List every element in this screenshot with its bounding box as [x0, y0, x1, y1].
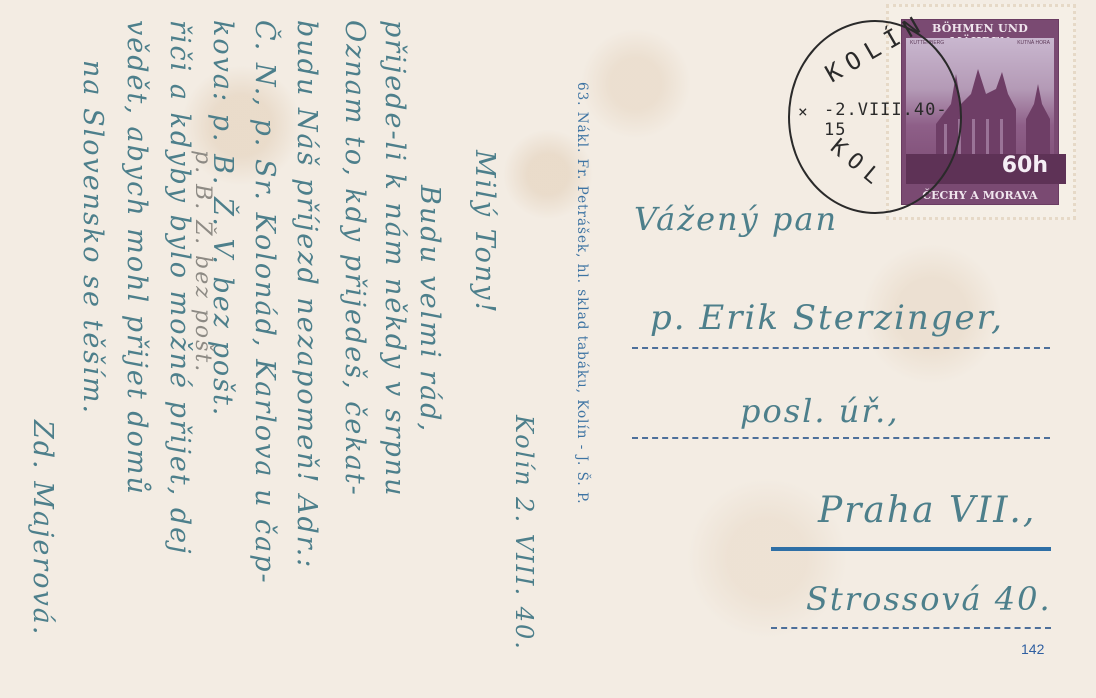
- message-date-line: Kolín 2. VIII. 40.: [510, 415, 538, 651]
- message-line: Oznam to, kdy přijedeš, čekat-: [339, 20, 370, 497]
- address-rule: [632, 347, 1050, 349]
- card-number: 142: [1021, 641, 1044, 657]
- address-line2: posl. úř.,: [740, 392, 899, 430]
- address-street: Strossová 40.: [806, 580, 1052, 618]
- postmark-star: ×: [798, 102, 808, 121]
- address-name: p. Erik Sterzinger,: [650, 298, 1004, 338]
- message-line: Č. N., p. Sr. Kolonád, Karlova u čap-: [249, 20, 280, 585]
- address-city-underline: [771, 547, 1051, 551]
- message-line: na Slovensko se těším.: [77, 60, 108, 415]
- stamp-value: 60h: [1002, 153, 1048, 178]
- address-salutation: Vážený pan: [634, 200, 838, 238]
- postmark: KOLÍN × -2.VIII.40-15 KOL: [788, 20, 962, 214]
- message-greeting: Milý Tony!: [469, 150, 500, 314]
- message-closing: Zd. Majerová.: [27, 420, 58, 636]
- postcard-back: Milý Tony! Kolín 2. VIII. 40. Budu velmi…: [0, 0, 1096, 698]
- address-rule: [632, 437, 1050, 439]
- message-line: Budu velmi rád,: [414, 185, 445, 433]
- message-line: řiči a kdyby bylo možné přijet, dej: [164, 20, 195, 555]
- address-city: Praha VII.,: [818, 490, 1036, 531]
- postmark-date: -2.VIII.40-15: [824, 100, 960, 140]
- publisher-line: 63. Nákl. Fr. Petrášek, hl. sklad tabáku…: [574, 82, 590, 505]
- postmark-town: KOLÍN: [821, 8, 932, 88]
- message-line: vědět, abych mohl přijet domů: [121, 20, 152, 496]
- postmark-town-bottom: KOL: [825, 134, 890, 194]
- message-line: budu Náš příjezd nezapomeň! Adr.:: [291, 20, 322, 569]
- message-line: přijede-li k nám někdy v srpnu: [379, 20, 410, 498]
- address-rule: [771, 627, 1051, 629]
